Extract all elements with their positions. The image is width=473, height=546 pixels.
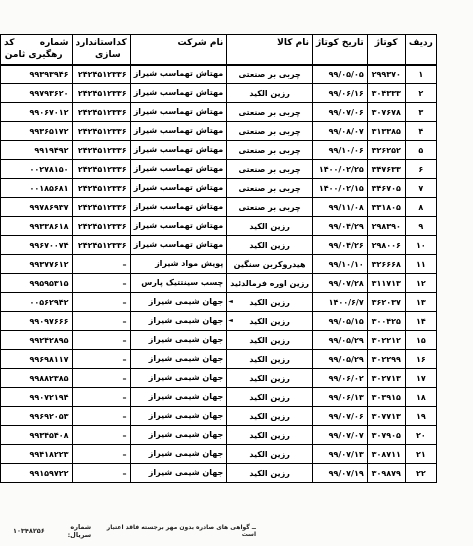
cell-std: – [72, 445, 130, 464]
table-row: ۱۸ ۳۰۳۹۱۵ ۹۹/۰۶/۱۳ رزین الکید جهان شیمی … [1, 388, 437, 407]
header-product: نام کالا [227, 35, 313, 65]
table-row: ۲۰ ۳۰۷۹۰۵ ۹۹/۰۷/۰۷ رزین الکید جهان شیمی … [1, 426, 437, 445]
header-tracking-line2: رهگیری ثامن [4, 49, 69, 61]
cell-tracking: ۹۹۷۸۶۹۳۷ [1, 198, 73, 217]
cell-product: رزین الکید [227, 84, 313, 103]
cell-company: مهتاش تهماسب شیراز [130, 236, 227, 255]
cell-radif: ۱۷ [405, 369, 436, 388]
cell-company: چسب سینتتیک پارس [130, 274, 227, 293]
cell-product: رزین الکید [227, 236, 313, 255]
cell-radif: ۱۸ [405, 388, 436, 407]
table-row: ۷ ۳۴۶۷۰۵ ۱۴۰۰/۰۲/۱۵ چربی بر صنعتی مهتاش … [1, 179, 437, 198]
cell-kotazh: ۳۰۲۲۱۲ [367, 331, 405, 350]
cell-std: – [72, 255, 130, 274]
cell-std: ۲۴۲۴۵۱۲۳۳۶ [72, 217, 130, 236]
cell-date: ۱۴۰۰/۰۲/۱۵ [312, 179, 367, 198]
cell-std: – [72, 312, 130, 331]
cell-std: ۲۴۲۴۵۱۲۳۳۶ [72, 65, 130, 84]
cell-company: جهان شیمی شیراز [130, 388, 227, 407]
cell-company: جهان شیمی شیراز [130, 350, 227, 369]
cell-std: – [72, 464, 130, 483]
cell-kotazh: ۳۰۷۶۷۸ [367, 103, 405, 122]
cell-date: ۱۴۰۰/۶/۷ [312, 293, 367, 312]
cell-product: رزین الکید [227, 331, 313, 350]
cell-company: مهتاش تهماسب شیراز [130, 198, 227, 217]
cell-product: رزین الکید [227, 426, 313, 445]
table-row: ۴ ۳۱۳۳۸۵ ۹۹/۰۸/۰۷ چربی بر صنعتی مهتاش ته… [1, 122, 437, 141]
cell-product: رزین الکید [227, 369, 313, 388]
cell-std: – [72, 293, 130, 312]
cell-tracking: ۰۰۲۷۸۱۵۰ [1, 160, 73, 179]
cell-tracking: ۹۹۶۹۸۱۱۷ [1, 350, 73, 369]
header-tracking-word2: کد [4, 37, 14, 49]
cell-kotazh: ۳۰۷۷۱۳ [367, 407, 405, 426]
cell-tracking: ۹۹۳۴۵۴۰۸ [1, 426, 73, 445]
serial-number: ۱۰۳۴۸۲۵۶ [13, 527, 45, 535]
table-row: ۹ ۲۹۸۳۹۰ ۹۹/۰۴/۲۹ رزین الکید مهتاش تهماس… [1, 217, 437, 236]
header-company: نام شرکت [130, 35, 227, 65]
cell-radif: ۲۲ [405, 464, 436, 483]
cell-product: چربی بر صنعتی [227, 65, 313, 84]
cell-date: ۹۹/۰۷/۰۷ [312, 426, 367, 445]
cell-product: رزین الکید [227, 407, 313, 426]
cell-date: ۹۹/۰۴/۲۹ [312, 217, 367, 236]
cell-radif: ۳ [405, 103, 436, 122]
cell-kotazh: ۳۲۶۶۶۸ [367, 255, 405, 274]
cell-radif: ۱۹ [405, 407, 436, 426]
cell-kotazh: ۳۲۶۲۵۲ [367, 141, 405, 160]
cell-date: ۹۹/۰۷/۲۸ [312, 274, 367, 293]
cell-radif: ۶ [405, 160, 436, 179]
table-row: ۲۱ ۳۰۸۷۱۱ ۹۹/۰۷/۱۳ رزین الکید جهان شیمی … [1, 445, 437, 464]
cell-radif: ۱ [405, 65, 436, 84]
cell-kotazh: ۲۹۹۳۷۰ [367, 65, 405, 84]
cell-company: مهتاش تهماسب شیراز [130, 122, 227, 141]
cell-tracking: ۹۹۶۷۰۰۷۴ [1, 236, 73, 255]
serial-label: شماره سریال: [45, 523, 91, 539]
cell-std: ۲۴۲۴۵۱۲۳۳۶ [72, 141, 130, 160]
cell-radif: ۲ [405, 84, 436, 103]
cell-tracking: ۹۹۳۶۵۱۷۲ [1, 122, 73, 141]
cell-date: ۹۹/۰۸/۰۷ [312, 122, 367, 141]
cell-radif: ۱۴ [405, 312, 436, 331]
cell-tracking: ۹۹۰۹۷۶۶۶ [1, 312, 73, 331]
cell-tracking: ۹۹۵۹۵۳۱۵ [1, 274, 73, 293]
cell-radif: ۱۶ [405, 350, 436, 369]
cell-std: ۲۴۲۴۵۱۲۳۳۶ [72, 122, 130, 141]
header-kotazh: کوتاژ [367, 35, 405, 65]
cell-company: پویش مواد شیراز [130, 255, 227, 274]
cell-radif: ۲۰ [405, 426, 436, 445]
table-row: ۲ ۳۰۴۳۳۳ ۹۹/۰۶/۱۶ رزین الکید مهتاش تهماس… [1, 84, 437, 103]
cell-tracking: ۹۹۱۵۹۷۲۲ [1, 464, 73, 483]
cell-company: جهان شیمی شیراز [130, 312, 227, 331]
table-row: ۵ ۳۲۶۲۵۲ ۹۹/۱۰/۰۶ چربی بر صنعتی مهتاش ته… [1, 141, 437, 160]
cell-tracking: ۹۹۳۷۷۶۱۲ [1, 255, 73, 274]
cell-kotazh: ۳۰۳۹۱۵ [367, 388, 405, 407]
cell-radif: ۱۵ [405, 331, 436, 350]
cell-kotazh: ۳۰۰۴۲۵ [367, 312, 405, 331]
cell-std: ۲۴۲۴۵۱۲۳۳۶ [72, 179, 130, 198]
cell-date: ۹۹/۰۵/۰۵ [312, 65, 367, 84]
cell-radif: ۵ [405, 141, 436, 160]
cell-product: رزین الکید [227, 388, 313, 407]
cell-kotazh: ۳۰۴۳۳۳ [367, 84, 405, 103]
cell-date: ۹۹/۰۷/۰۶ [312, 103, 367, 122]
validity-note: ــ گواهی های صادره بدون مهر برجسته فاقد … [91, 524, 256, 538]
table-row: ۲۲ ۳۰۹۸۷۹ ۹۹/۰۷/۱۹ رزین الکید جهان شیمی … [1, 464, 437, 483]
table-body: ۱ ۲۹۹۳۷۰ ۹۹/۰۵/۰۵ چربی بر صنعتی مهتاش ته… [1, 65, 437, 483]
cell-product: رزین الکید◄ [227, 312, 313, 331]
table-row: ۱۱ ۳۲۶۶۶۸ ۹۹/۱۰/۱۰ هیدروکربن سنگین پویش … [1, 255, 437, 274]
cell-product: هیدروکربن سنگین [227, 255, 313, 274]
cell-std: – [72, 369, 130, 388]
scanned-report-page: { "table": { "headers": { "radif": "ردیف… [0, 0, 473, 546]
cell-company: مهتاش تهماسب شیراز [130, 103, 227, 122]
cell-radif: ۱۰ [405, 236, 436, 255]
cell-date: ۹۹/۰۶/۰۲ [312, 369, 367, 388]
header-tracking-line1: شماره کد [4, 37, 69, 49]
cell-radif: ۸ [405, 198, 436, 217]
table-row: ۱۹ ۳۰۷۷۱۳ ۹۹/۰۷/۰۶ رزین الکید جهان شیمی … [1, 407, 437, 426]
header-tracking-word1: شماره [40, 37, 69, 49]
header-row: ردیف کوتاژ تاریخ کوتاژ نام کالا نام شرکت… [1, 35, 437, 65]
cell-std: ۲۴۲۴۵۱۲۳۳۶ [72, 198, 130, 217]
cell-kotazh: ۳۰۲۷۱۳ [367, 369, 405, 388]
cell-date: ۹۹/۰۷/۱۳ [312, 445, 367, 464]
cell-tracking: ۰۰۱۸۵۶۸۱ [1, 179, 73, 198]
cell-radif: ۱۲ [405, 274, 436, 293]
cell-kotazh: ۳۱۱۷۱۳ [367, 274, 405, 293]
cell-date: ۹۹/۰۶/۱۳ [312, 388, 367, 407]
cell-product: رزین الکید [227, 350, 313, 369]
cell-std: ۲۴۲۴۵۱۲۳۳۶ [72, 103, 130, 122]
table-row: ۱۶ ۳۰۲۲۹۹ ۹۹/۰۵/۲۹ رزین الکید جهان شیمی … [1, 350, 437, 369]
cell-kotazh: ۳۴۷۶۳۳ [367, 160, 405, 179]
page-footer: ــ گواهی های صادره بدون مهر برجسته فاقد … [13, 523, 256, 539]
cell-company: جهان شیمی شیراز [130, 331, 227, 350]
cell-product: چربی بر صنعتی [227, 179, 313, 198]
cell-tracking: ۹۹۴۱۸۲۲۳ [1, 445, 73, 464]
cell-date: ۹۹/۱۱/۰۸ [312, 198, 367, 217]
cell-tracking: ۹۹۳۳۸۶۱۸ [1, 217, 73, 236]
cell-date: ۹۹/۰۵/۲۹ [312, 331, 367, 350]
cell-date: ۹۹/۱۰/۰۶ [312, 141, 367, 160]
cell-kotazh: ۲۹۸۳۹۰ [367, 217, 405, 236]
cell-radif: ۴ [405, 122, 436, 141]
cell-product: چربی بر صنعتی [227, 141, 313, 160]
customs-report-table: ردیف کوتاژ تاریخ کوتاژ نام کالا نام شرکت… [0, 34, 437, 483]
cell-kotazh: ۳۰۷۹۰۵ [367, 426, 405, 445]
row-marker-icon: ◄ [228, 318, 233, 324]
cell-kotazh: ۳۳۱۸۰۵ [367, 198, 405, 217]
cell-radif: ۹ [405, 217, 436, 236]
row-marker-icon: ◄ [228, 299, 233, 305]
cell-tracking: ۹۹۲۴۲۸۹۵ [1, 331, 73, 350]
table-row: ۱۰ ۲۹۸۰۰۶ ۹۹/۰۴/۲۶ رزین الکید مهتاش تهما… [1, 236, 437, 255]
cell-product: رزین الکید◄ [227, 293, 313, 312]
cell-product: رزین الکید [227, 217, 313, 236]
cell-company: مهتاش تهماسب شیراز [130, 160, 227, 179]
table-row: ۱۲ ۳۱۱۷۱۳ ۹۹/۰۷/۲۸ رزین اوره فرمالدئید چ… [1, 274, 437, 293]
table-row: ۱۵ ۳۰۲۲۱۲ ۹۹/۰۵/۲۹ رزین الکید جهان شیمی … [1, 331, 437, 350]
cell-tracking: ۹۹۷۹۳۶۲۰ [1, 84, 73, 103]
cell-product: چربی بر صنعتی [227, 103, 313, 122]
cell-product: چربی بر صنعتی [227, 160, 313, 179]
cell-date: ۱۴۰۰/۰۲/۲۵ [312, 160, 367, 179]
cell-kotazh: ۳۱۳۳۸۵ [367, 122, 405, 141]
cell-std: – [72, 388, 130, 407]
cell-radif: ۲۱ [405, 445, 436, 464]
cell-date: ۹۹/۰۷/۰۶ [312, 407, 367, 426]
cell-date: ۹۹/۰۵/۱۵ [312, 312, 367, 331]
cell-std: – [72, 274, 130, 293]
cell-tracking: ۰۰۵۶۲۹۴۲ [1, 293, 73, 312]
cell-tracking: ۹۹۳۹۳۹۴۶ [1, 65, 73, 84]
cell-product: چربی بر صنعتی [227, 198, 313, 217]
header-standard-code: کد استاندارد سازی [72, 35, 130, 65]
cell-company: مهتاش تهماسب شیراز [130, 217, 227, 236]
cell-tracking: ۹۹۰۶۷۰۱۲ [1, 103, 73, 122]
cell-product: چربی بر صنعتی [227, 122, 313, 141]
cell-date: ۹۹/۰۴/۲۶ [312, 236, 367, 255]
header-tracking-code: شماره کد رهگیری ثامن [1, 35, 73, 65]
cell-std: ۲۴۲۴۵۱۲۳۳۶ [72, 160, 130, 179]
table-row: ۱۷ ۳۰۲۷۱۳ ۹۹/۰۶/۰۲ رزین الکید جهان شیمی … [1, 369, 437, 388]
cell-company: جهان شیمی شیراز [130, 464, 227, 483]
table-row: ۸ ۳۳۱۸۰۵ ۹۹/۱۱/۰۸ چربی بر صنعتی مهتاش ته… [1, 198, 437, 217]
cell-company: جهان شیمی شیراز [130, 445, 227, 464]
cell-std: ۲۴۲۴۵۱۲۳۳۶ [72, 236, 130, 255]
cell-std: – [72, 426, 130, 445]
cell-tracking: ۹۹۱۹۴۹۲ [1, 141, 73, 160]
header-standard-word1: کد [116, 37, 126, 49]
cell-radif: ۱۱ [405, 255, 436, 274]
cell-std: – [72, 407, 130, 426]
cell-radif: ۷ [405, 179, 436, 198]
cell-kotazh: ۲۹۸۰۰۶ [367, 236, 405, 255]
table-row: ۳ ۳۰۷۶۷۸ ۹۹/۰۷/۰۶ چربی بر صنعتی مهتاش ته… [1, 103, 437, 122]
cell-radif: ۱۳ [405, 293, 436, 312]
cell-std: ۲۴۲۴۵۱۲۳۳۶ [72, 84, 130, 103]
cell-date: ۹۹/۰۶/۱۶ [312, 84, 367, 103]
cell-company: مهتاش تهماسب شیراز [130, 65, 227, 84]
cell-company: جهان شیمی شیراز [130, 407, 227, 426]
cell-date: ۹۹/۱۰/۱۰ [312, 255, 367, 274]
cell-tracking: ۹۹۸۸۲۳۸۵ [1, 369, 73, 388]
header-date: تاریخ کوتاژ [312, 35, 367, 65]
header-radif: ردیف [405, 35, 436, 65]
cell-product: رزین اوره فرمالدئید [227, 274, 313, 293]
cell-product: رزین الکید [227, 464, 313, 483]
cell-kotazh: ۳۰۹۸۷۹ [367, 464, 405, 483]
cell-date: ۹۹/۰۷/۱۹ [312, 464, 367, 483]
header-standard-line2: سازی [76, 49, 127, 61]
cell-kotazh: ۳۰۲۲۹۹ [367, 350, 405, 369]
cell-company: مهتاش تهماسب شیراز [130, 179, 227, 198]
cell-tracking: ۹۹۶۹۲۰۵۳ [1, 407, 73, 426]
cell-kotazh: ۳۶۲۰۳۷ [367, 293, 405, 312]
table-row: ۱۳ ۳۶۲۰۳۷ ۱۴۰۰/۶/۷ رزین الکید◄ جهان شیمی… [1, 293, 437, 312]
cell-product: رزین الکید [227, 445, 313, 464]
table-row: ۱۴ ۳۰۰۴۲۵ ۹۹/۰۵/۱۵ رزین الکید◄ جهان شیمی… [1, 312, 437, 331]
cell-company: جهان شیمی شیراز [130, 369, 227, 388]
cell-kotazh: ۳۰۸۷۱۱ [367, 445, 405, 464]
cell-std: – [72, 331, 130, 350]
header-standard-line1: کد استاندارد [76, 37, 127, 49]
cell-company: جهان شیمی شیراز [130, 293, 227, 312]
cell-company: مهتاش تهماسب شیراز [130, 84, 227, 103]
table-row: ۱ ۲۹۹۳۷۰ ۹۹/۰۵/۰۵ چربی بر صنعتی مهتاش ته… [1, 65, 437, 84]
cell-tracking: ۹۹۰۷۲۱۹۴ [1, 388, 73, 407]
table-header: ردیف کوتاژ تاریخ کوتاژ نام کالا نام شرکت… [1, 35, 437, 65]
cell-company: جهان شیمی شیراز [130, 426, 227, 445]
header-standard-word2: استاندارد [76, 37, 116, 49]
table-row: ۶ ۳۴۷۶۳۳ ۱۴۰۰/۰۲/۲۵ چربی بر صنعتی مهتاش … [1, 160, 437, 179]
cell-date: ۹۹/۰۵/۲۹ [312, 350, 367, 369]
cell-company: مهتاش تهماسب شیراز [130, 141, 227, 160]
cell-kotazh: ۳۴۶۷۰۵ [367, 179, 405, 198]
cell-std: – [72, 350, 130, 369]
